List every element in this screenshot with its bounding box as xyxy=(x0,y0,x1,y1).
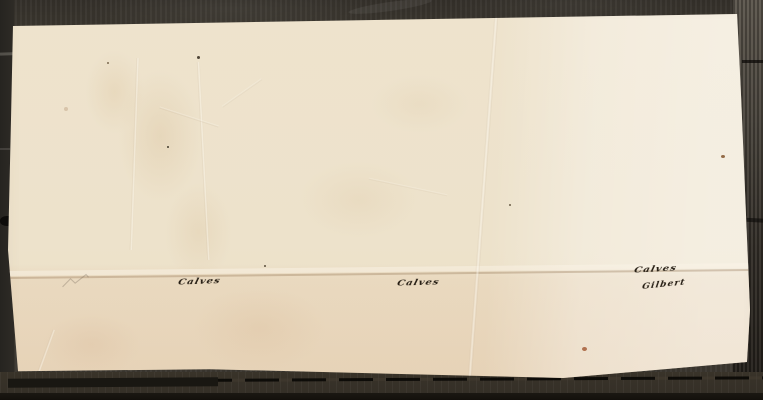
expert-signature-1: Calves xyxy=(177,277,222,287)
foxing-spot xyxy=(721,155,725,158)
foxing-spot xyxy=(64,107,68,111)
paper-speck xyxy=(509,204,511,206)
scanner-shadow-patch xyxy=(8,377,218,387)
scanner-black-band xyxy=(0,393,763,400)
scanner-scratch xyxy=(0,148,10,150)
paper-mottling xyxy=(0,0,763,400)
paper-piece: Calves Calves Calves Gilbert xyxy=(0,0,763,400)
expert-signature-2: Calves xyxy=(396,279,441,289)
scanner-scratch xyxy=(742,60,763,63)
paper-speck xyxy=(107,62,109,64)
scanned-photo: Calves Calves Calves Gilbert xyxy=(0,0,763,400)
paper-speck xyxy=(264,265,266,267)
paper-speck xyxy=(197,56,200,59)
paper-speck xyxy=(167,146,169,148)
foxing-spot xyxy=(582,347,587,351)
